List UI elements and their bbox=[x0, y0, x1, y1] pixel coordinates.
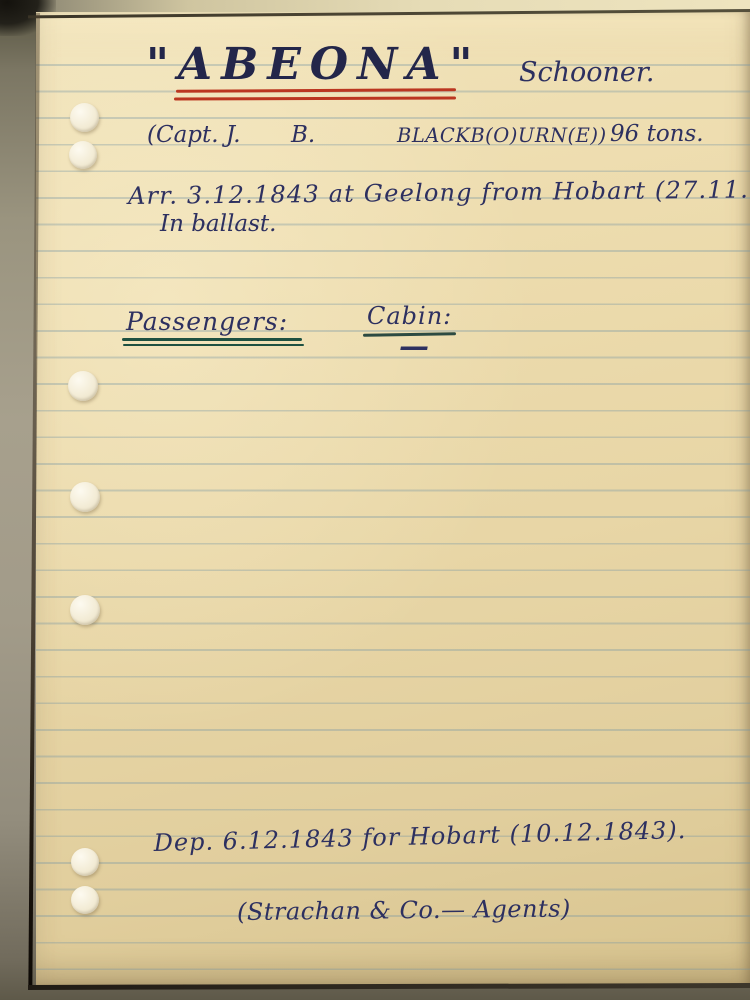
tonnage: 96 tons. bbox=[610, 121, 704, 147]
punch-hole bbox=[69, 141, 97, 169]
passengers-underline bbox=[122, 338, 302, 341]
punch-hole bbox=[68, 371, 98, 401]
agents-line: (Strachan & Co.— Agents) bbox=[237, 896, 571, 927]
punch-hole bbox=[71, 886, 99, 914]
vessel-type: Schooner. bbox=[519, 57, 654, 88]
captain-initial: B. bbox=[291, 122, 315, 148]
punch-hole bbox=[70, 103, 99, 132]
cargo-line: In ballast. bbox=[160, 211, 276, 237]
passengers-heading: Passengers: bbox=[126, 308, 288, 337]
ship-name-underline bbox=[174, 96, 456, 100]
photo-of-ledger-page: "ABEONA" Schooner. (Capt. J. B. BLACKB(O… bbox=[0, 0, 750, 1000]
punch-hole bbox=[70, 595, 100, 625]
captain-surname: BLACKB(O)URN(E)) bbox=[397, 125, 607, 147]
punch-hole bbox=[70, 482, 100, 512]
passengers-underline bbox=[123, 344, 304, 347]
ship-name: "ABEONA" bbox=[146, 40, 481, 91]
punch-hole bbox=[71, 848, 99, 876]
captain-prefix: (Capt. J. bbox=[147, 122, 241, 148]
cabin-entry-dash: — bbox=[399, 330, 429, 365]
cabin-heading: Cabin: bbox=[367, 303, 452, 331]
